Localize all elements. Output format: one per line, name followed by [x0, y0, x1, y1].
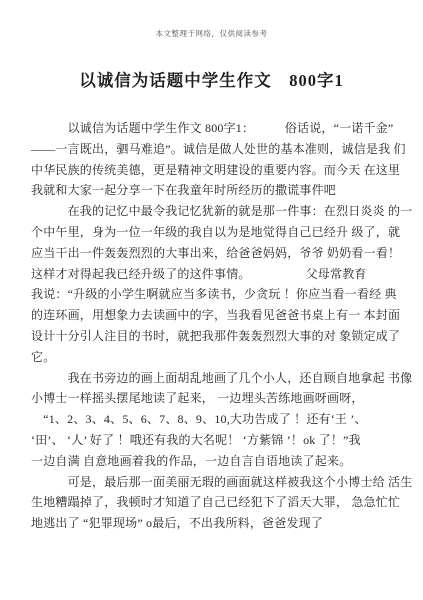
body-line: 我在书旁边的画上面胡乱地画了几个小人，还自顾自地拿起 书像 — [31, 368, 403, 389]
body-line: 设计十分引人注目的书时，就把我那件轰轰烈烈大事的对 象锁定成了 — [31, 326, 403, 347]
body-line: 这样才对得起我已经升级了的这件事情。 父母常教育 — [31, 264, 403, 285]
body-line: 个中午里，身为一位一年级的我自以为是地觉得自己已经升 级了，就 — [31, 222, 403, 243]
body-line: 生地糟蹋掉了，我顿时才知道了自己已经犯下了滔天大罪， 急急忙忙 — [31, 492, 403, 513]
document-page: 本文整理于网络，仅供阅读参考 以诚信为话题中学生作文 800字1 以诚信为话题中… — [0, 0, 423, 600]
body-line: 地逃出了 “犯罪现场” o最后，不出我所料，爸爸发现了 — [31, 513, 403, 534]
body-line: 以诚信为话题中学生作文 800字1： 俗话说，“一诺千金” — [31, 118, 403, 139]
body-line: ‘田’、 ‘人’ 好了 ！哦还有我的大名呢！ ‘方紫锦 ’！ok 了！”我 — [31, 430, 403, 451]
body-line: ——一言既出，驷马难追”。诚信是做人处世的基本准则，诚信是我 们 — [31, 139, 403, 160]
page-title: 以诚信为话题中学生作文 800字1 — [0, 67, 423, 91]
body-line: 我就和大家一起分享一下在我童年时所经历的撒谎事件吧 — [31, 180, 403, 201]
body-line: 它。 — [31, 347, 403, 368]
body-line: 在我的记忆中最令我记忆犹新的就是那一件事：在烈日炎炎 的一 — [31, 201, 403, 222]
body-line: 我说：“升级的小学生啊就应当多读书，少贪玩 ！你应当看一看经 典 — [31, 284, 403, 305]
body-line: 小博士一样摇头摆尾地读了起来， 一边埋头苦练地画呀画呀， — [31, 388, 403, 409]
body-line: 可是，最后那一面美丽无瑕的画面就这样被我这个小博士给 活生 — [31, 472, 403, 493]
body-line: 一边自满 自意地画着我的作品，一边自言自语地读了起来。 — [31, 451, 403, 472]
body-line: “1、2、3、4、5、6、7、8、9、10,大功告成了 ！还有‘王 ’、 — [31, 409, 403, 430]
essay-body: 以诚信为话题中学生作文 800字1： 俗话说，“一诺千金”——一言既出，驷马难追… — [31, 118, 403, 534]
body-line: 应当干出一件轰轰烈烈的大事出来，给爸爸妈妈，爷爷 奶奶看一看！ — [31, 243, 403, 264]
disclaimer-text: 本文整理于网络，仅供阅读参考 — [0, 28, 423, 39]
body-line: 中华民族的传统美德，更是精神文明建设的重要内容。而今天 在这里 — [31, 160, 403, 181]
body-line: 的连环画，用想象力去读画中的字，当我看见爸爸书桌上有一 本封面 — [31, 305, 403, 326]
